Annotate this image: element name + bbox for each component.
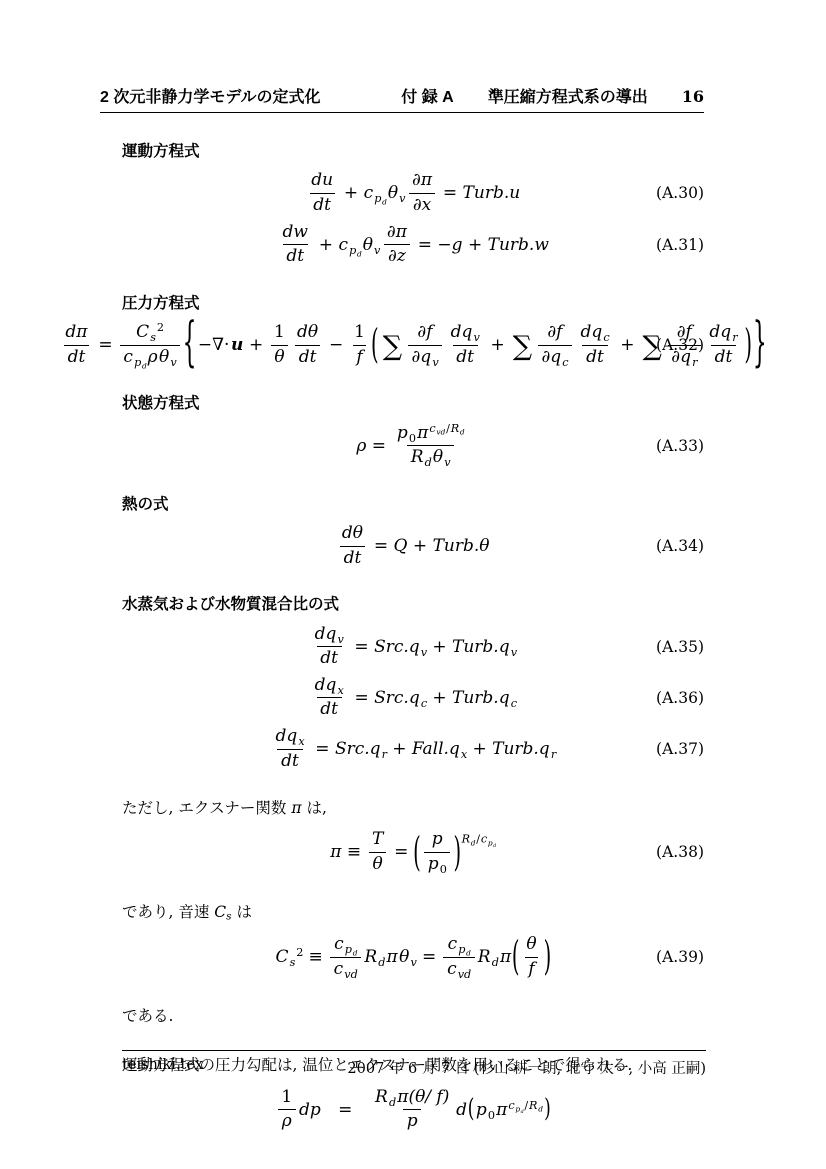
equation-row: ρ=p0πcvd/RdRdθv(A.33) (122, 424, 704, 468)
equation-math: ρ=p0πcvd/RdRdθv (356, 424, 471, 468)
paragraph-text: である. (122, 1007, 173, 1025)
equation-math: dwdt+cpdθv∂π∂z=−g+Turb.w (276, 223, 549, 267)
section-heading: 水蒸気および水物質混合比の式 (122, 595, 704, 614)
equation-row: dqxdt=Src.qr+Fall.qx+Turb.qr(A.37) (122, 727, 704, 771)
footer-date-authors: 2007 年 6 月 7 日 (杉山 耕一朗, 北守 太一, 小高 正嗣) (347, 1057, 706, 1078)
equation-math: dqvdt=Src.qv+Turb.qv (309, 625, 518, 669)
section-heading: 圧力方程式 (122, 294, 704, 313)
equation-number: (A.36) (656, 689, 704, 707)
page-header: 2 次元非静力学モデルの定式化 付 録 A 準圧縮方程式系の導出 16 (100, 84, 704, 113)
equation-math: 1ρdp=Rdπ(θ/ f)pd(p0πcpd/Rd) (275, 1088, 550, 1132)
paragraph-text: であり, 音速 (122, 903, 214, 921)
equation-math: Cs2≡cpdcvdRdπθv=cpdcvdRdπ(θf) (275, 935, 551, 979)
header-chapter-title: 2 次元非静力学モデルの定式化 (100, 84, 321, 107)
section-heading: 状態方程式 (122, 394, 704, 413)
equation-number: (A.31) (656, 236, 704, 254)
equation-math: dθdt=Q+Turb.θ (336, 524, 490, 568)
paragraph-text: は (232, 903, 252, 921)
section-heading: 運動方程式 (122, 142, 704, 161)
equation-math: dqxdt=Src.qc+Turb.qc (309, 676, 518, 720)
paragraph-text: は, (302, 799, 327, 817)
equation-number: (A.37) (656, 740, 704, 758)
equation-row: dqxdt=Src.qc+Turb.qc(A.36) (122, 676, 704, 720)
header-appendix: 付 録 A 準圧縮方程式系の導出 (401, 84, 647, 107)
equation-math: dqxdt=Src.qr+Fall.qx+Turb.qr (269, 727, 556, 771)
page-number: 16 (682, 87, 704, 106)
equation-row: π≡Tθ=(pp0)Rd/cpd(A.38) (122, 830, 704, 874)
equation-row: dπdt=Cs2cpdρθv{−∇·u+1θdθdt−1f(∑∂f∂qvdqvd… (122, 323, 704, 367)
equation-math: π≡Tθ=(pp0)Rd/cpd (330, 830, 497, 874)
paragraph-text: ただし, エクスナー関数 (122, 799, 291, 817)
page-footer: teishiki.tex 2007 年 6 月 7 日 (杉山 耕一朗, 北守 … (122, 1050, 706, 1078)
paragraph: である. (122, 1005, 704, 1028)
header-appendix-label: 付 録 A (401, 84, 453, 107)
equation-number: (A.34) (656, 537, 704, 555)
header-appendix-title: 準圧縮方程式系の導出 (488, 84, 648, 107)
equation-math: dudt+cpdθv∂π∂x=Turb.u (305, 171, 521, 215)
footer-filename: teishiki.tex (122, 1057, 203, 1078)
equation-row: dudt+cpdθv∂π∂x=Turb.u(A.30) (122, 171, 704, 215)
equation-row: dwdt+cpdθv∂π∂z=−g+Turb.w(A.31) (122, 223, 704, 267)
document-body: 運動方程式dudt+cpdθv∂π∂x=Turb.u(A.30)dwdt+cpd… (122, 128, 704, 1139)
section-heading: 熱の式 (122, 495, 704, 514)
equation-number: (A.38) (656, 843, 704, 861)
equation-number: (A.30) (656, 184, 704, 202)
paragraph-text: C (214, 903, 226, 921)
equation-number: (A.32) (656, 336, 704, 354)
equation-row: Cs2≡cpdcvdRdπθv=cpdcvdRdπ(θf)(A.39) (122, 935, 704, 979)
paragraph: であり, 音速 Cs は (122, 901, 704, 925)
document-page: { "page_bg": "#ffffff", "text_color": "#… (0, 0, 826, 1169)
paragraph: ただし, エクスナー関数 π は, (122, 797, 704, 820)
equation-row: dqvdt=Src.qv+Turb.qv(A.35) (122, 625, 704, 669)
paragraph-text: π (291, 799, 301, 817)
equation-row: 1ρdp=Rdπ(θ/ f)pd(p0πcpd/Rd) (122, 1088, 704, 1132)
equation-number: (A.39) (656, 948, 704, 966)
equation-row: dθdt=Q+Turb.θ(A.34) (122, 524, 704, 568)
equation-number: (A.33) (656, 437, 704, 455)
equation-number: (A.35) (656, 638, 704, 656)
